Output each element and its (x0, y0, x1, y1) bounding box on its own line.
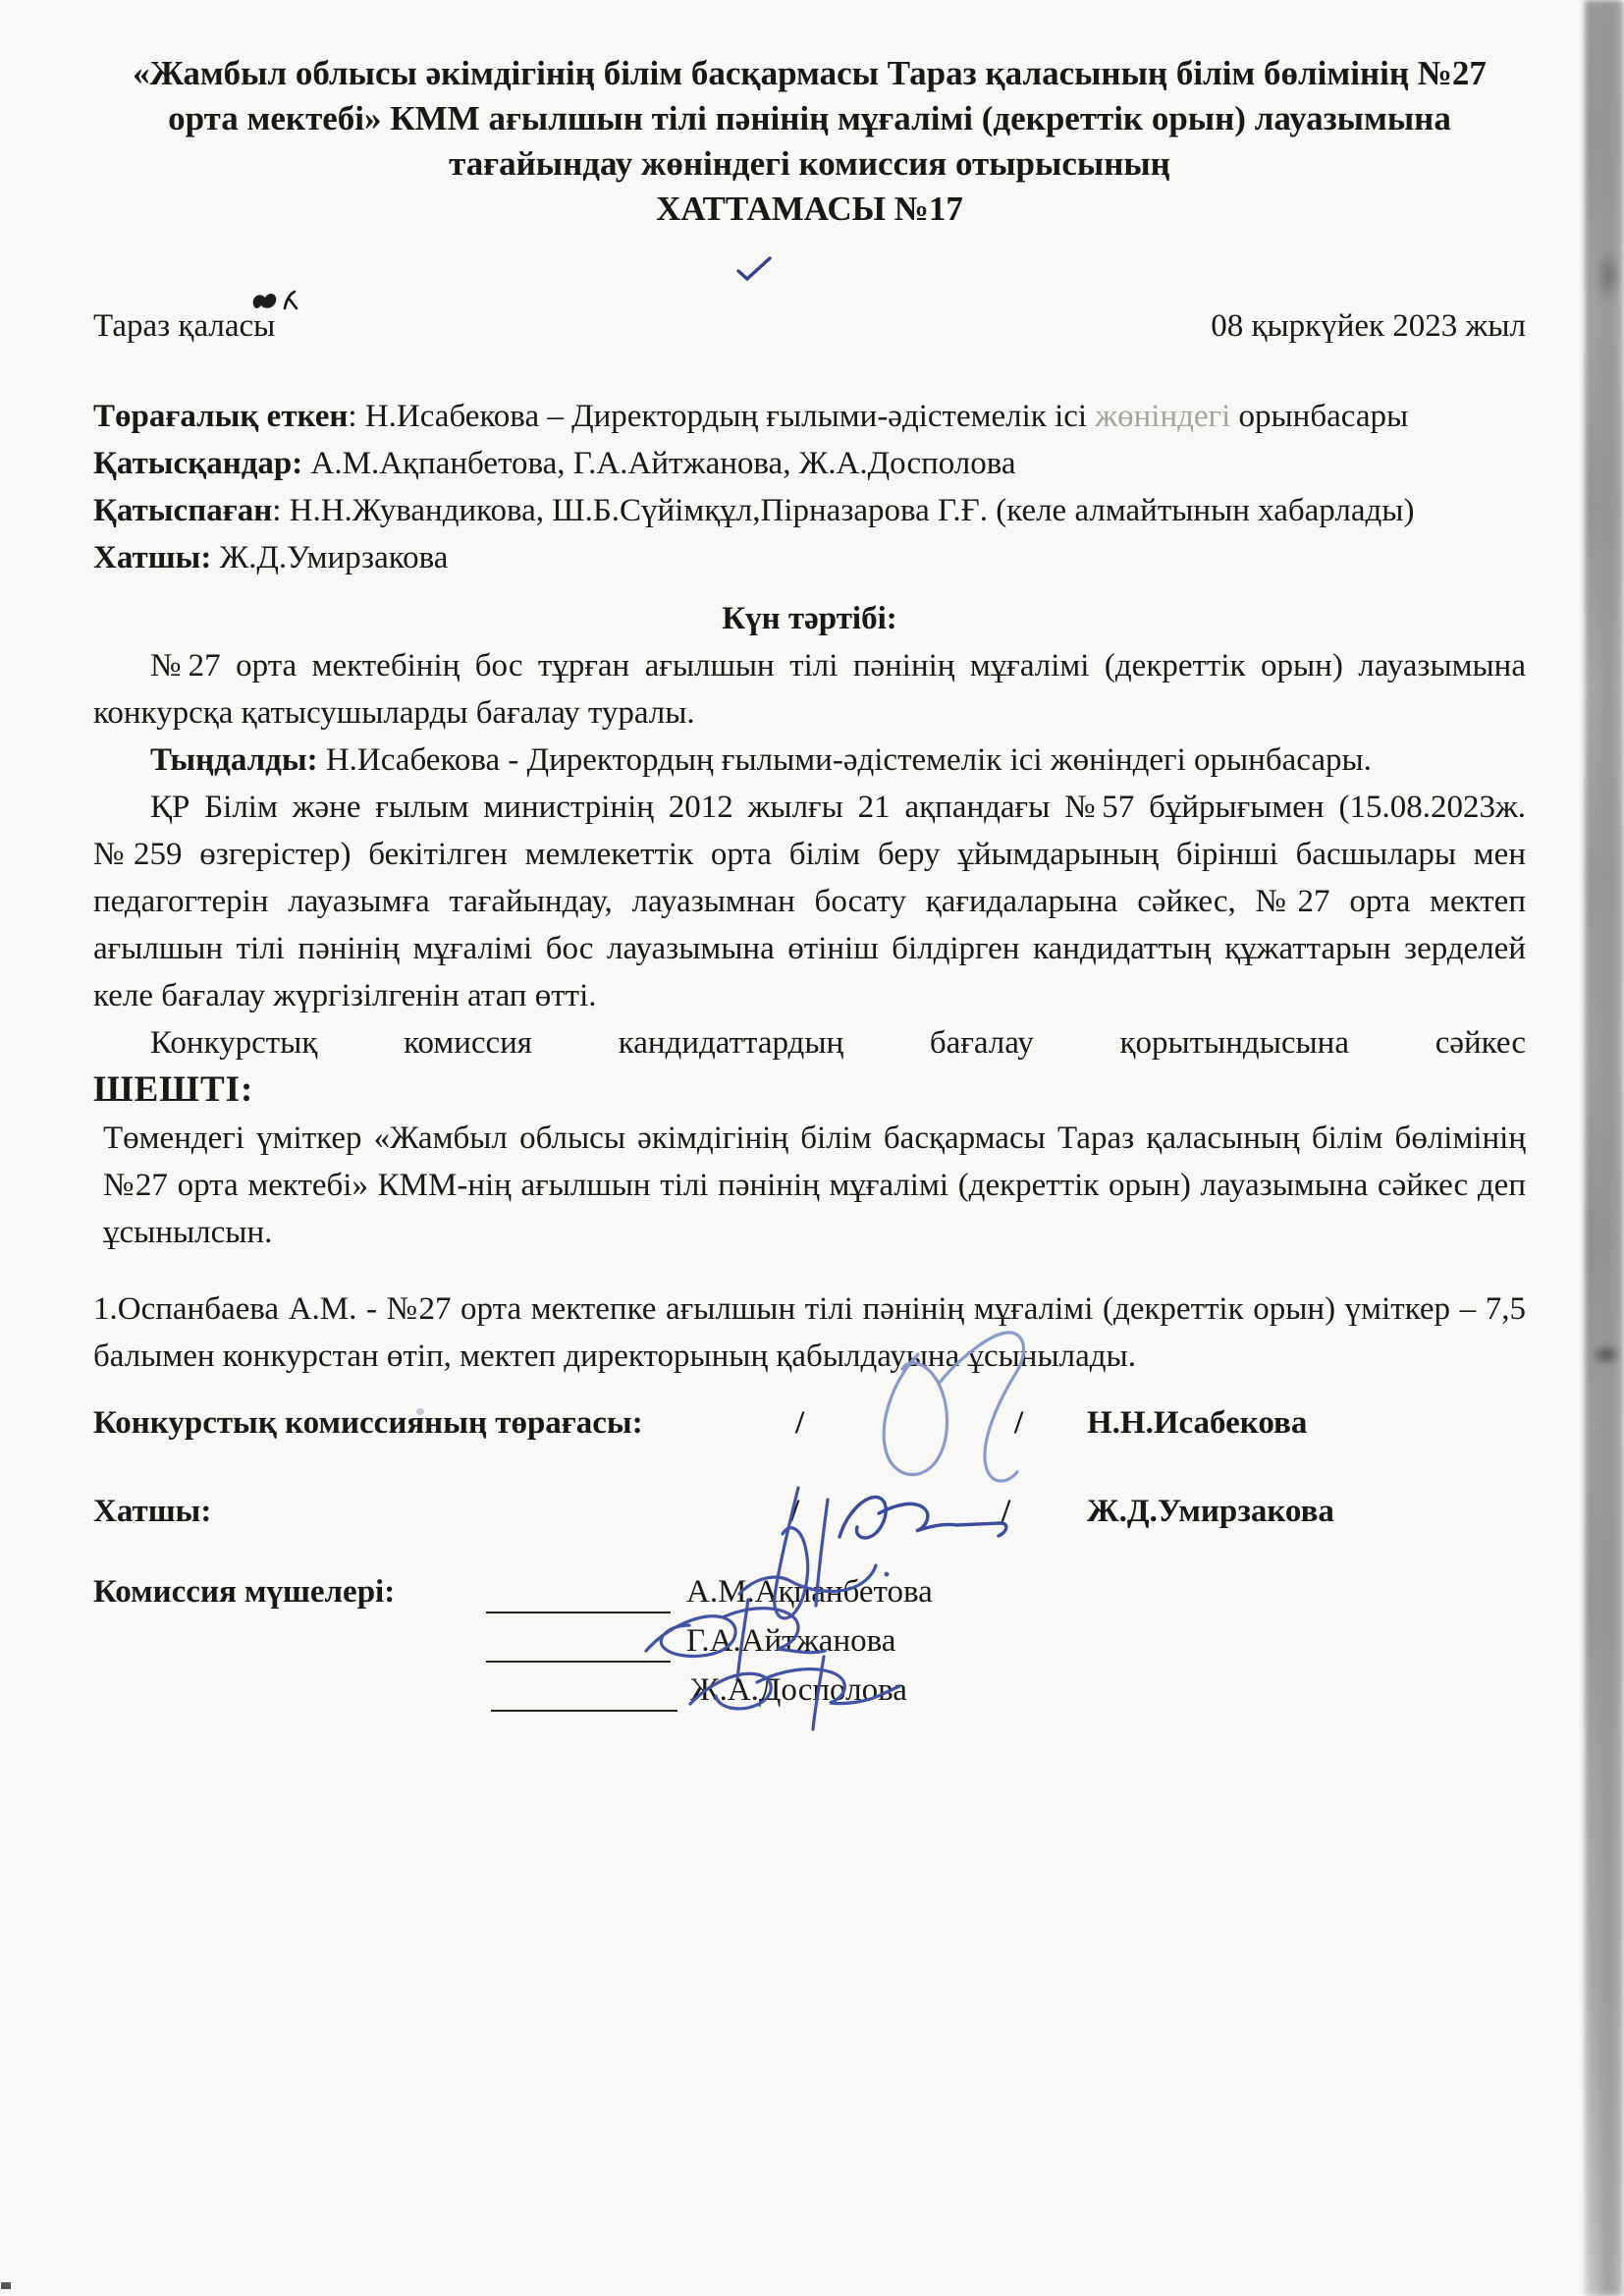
agenda-heading: Күн тәртібі: (93, 595, 1526, 642)
attended-names: А.М.Ақпанбетова, Г.А.Айтжанова, Ж.А.Досп… (302, 446, 1015, 481)
participants-block: Төрағалық еткен: Н.Исабекова – Директорд… (93, 393, 1526, 581)
signature-blank-line (486, 1612, 671, 1613)
secretary-label: Хатшы: (93, 540, 211, 575)
ink-smudge (247, 287, 302, 316)
secretary-line: Хатшы: Ж.Д.Умирзакова (93, 534, 1526, 581)
decision-paragraph: Төмендегі үміткер «Жамбыл облысы әкімдіг… (93, 1115, 1526, 1256)
absent-names: : Н.Н.Жувандикова, Ш.Б.Сүйімқұл,Пірназар… (272, 493, 1414, 528)
member-name: А.М.Ақпанбетова (686, 1574, 933, 1611)
slash-left: / (795, 1405, 804, 1442)
decision-intro: Конкурстық комиссия кандидаттардың бағал… (93, 1019, 1526, 1066)
chairperson-text-cont: орынбасары (1230, 399, 1408, 434)
absent-label: Қатыспаған (93, 493, 272, 528)
protocol-number: ХАТТАМАСЫ №17 (93, 187, 1526, 232)
scanned-protocol-page: «Жамбыл облысы әкімдігінің білім басқарм… (0, 0, 1624, 2296)
decision-label: ШЕШТІ: (93, 1069, 253, 1110)
chairman-signature-row: Конкурстық комиссияның төрағасы: / / Н.Н… (93, 1405, 1526, 1452)
date-label: 08 қыркүйек 2023 жыл (1211, 302, 1526, 350)
slash-right: / (1014, 1405, 1023, 1442)
members-signature-block: Комиссия мүшелері: А.М.Ақпанбетова Г.А.А… (93, 1574, 1526, 1722)
heard-paragraph: Тыңдалды: Н.Исабекова - Директордың ғылы… (93, 737, 1526, 784)
members-label: Комиссия мүшелері: (93, 1574, 395, 1610)
member-row: Г.А.Айтжанова (93, 1623, 1526, 1672)
corner-speck (1, 2282, 11, 2289)
absent-line: Қатыспаған: Н.Н.Жувандикова, Ш.Б.Сүйімқұ… (93, 487, 1526, 534)
agenda-paragraph: №27 орта мектебінің бос тұрған ағылшын т… (93, 642, 1526, 737)
candidate-paragraph: 1.Оспанбаева А.М. - №27 орта мектепке ағ… (93, 1285, 1526, 1380)
order-paragraph: ҚР Білім және ғылым министрінің 2012 жыл… (93, 784, 1526, 1019)
secretary-signature-row: Хатшы: / / Ж.Д.Умирзакова (93, 1494, 1526, 1541)
heard-text: Н.Исабекова - Директордың ғылыми-әдістем… (318, 742, 1372, 778)
chairman-row-label: Конкурстық комиссияның төрағасы: (93, 1405, 643, 1441)
member-name: Г.А.Айтжанова (686, 1623, 895, 1660)
signature-blank-line (486, 1661, 671, 1663)
chairperson-line: Төрағалық еткен: Н.Исабекова – Директорд… (93, 393, 1526, 440)
handwritten-checkmark (734, 253, 778, 287)
slash-left: / (790, 1494, 799, 1530)
attended-line: Қатысқандар: А.М.Ақпанбетова, Г.А.Айтжан… (93, 440, 1526, 487)
chairman-name: Н.Н.Исабекова (1087, 1405, 1307, 1442)
document-title: «Жамбыл облысы әкімдігінің білім басқарм… (93, 51, 1526, 187)
chairperson-label: Төрағалық еткен (93, 399, 348, 434)
heard-label: Тыңдалды: (150, 742, 318, 778)
secretary-name-inline: Ж.Д.Умирзакова (211, 540, 448, 575)
member-row: Комиссия мүшелері: А.М.Ақпанбетова (93, 1574, 1526, 1623)
secretary-row-label: Хатшы: (93, 1494, 211, 1529)
attended-label: Қатысқандар: (93, 446, 302, 481)
member-row: Ж.А.Досполова (93, 1672, 1526, 1722)
signature-blank-line (491, 1710, 677, 1712)
slash-right: / (1001, 1494, 1010, 1530)
dateline: Тараз қаласы 08 қыркүйек 2023 жыл (93, 302, 1526, 350)
chairperson-text: Н.Исабекова – Директордың ғылыми-әдістем… (365, 399, 1095, 434)
chairperson-colon: : (348, 399, 364, 434)
secretary-name: Ж.Д.Умирзакова (1087, 1494, 1334, 1530)
decision-heading: ШЕШТІ: (93, 1066, 1526, 1115)
secretary-signature-scribble (828, 1484, 1009, 1562)
member-name: Ж.А.Досполова (690, 1672, 907, 1709)
scan-edge-artifact (1585, 0, 1624, 2296)
chairperson-text-faded: жөніндегі (1095, 399, 1230, 434)
